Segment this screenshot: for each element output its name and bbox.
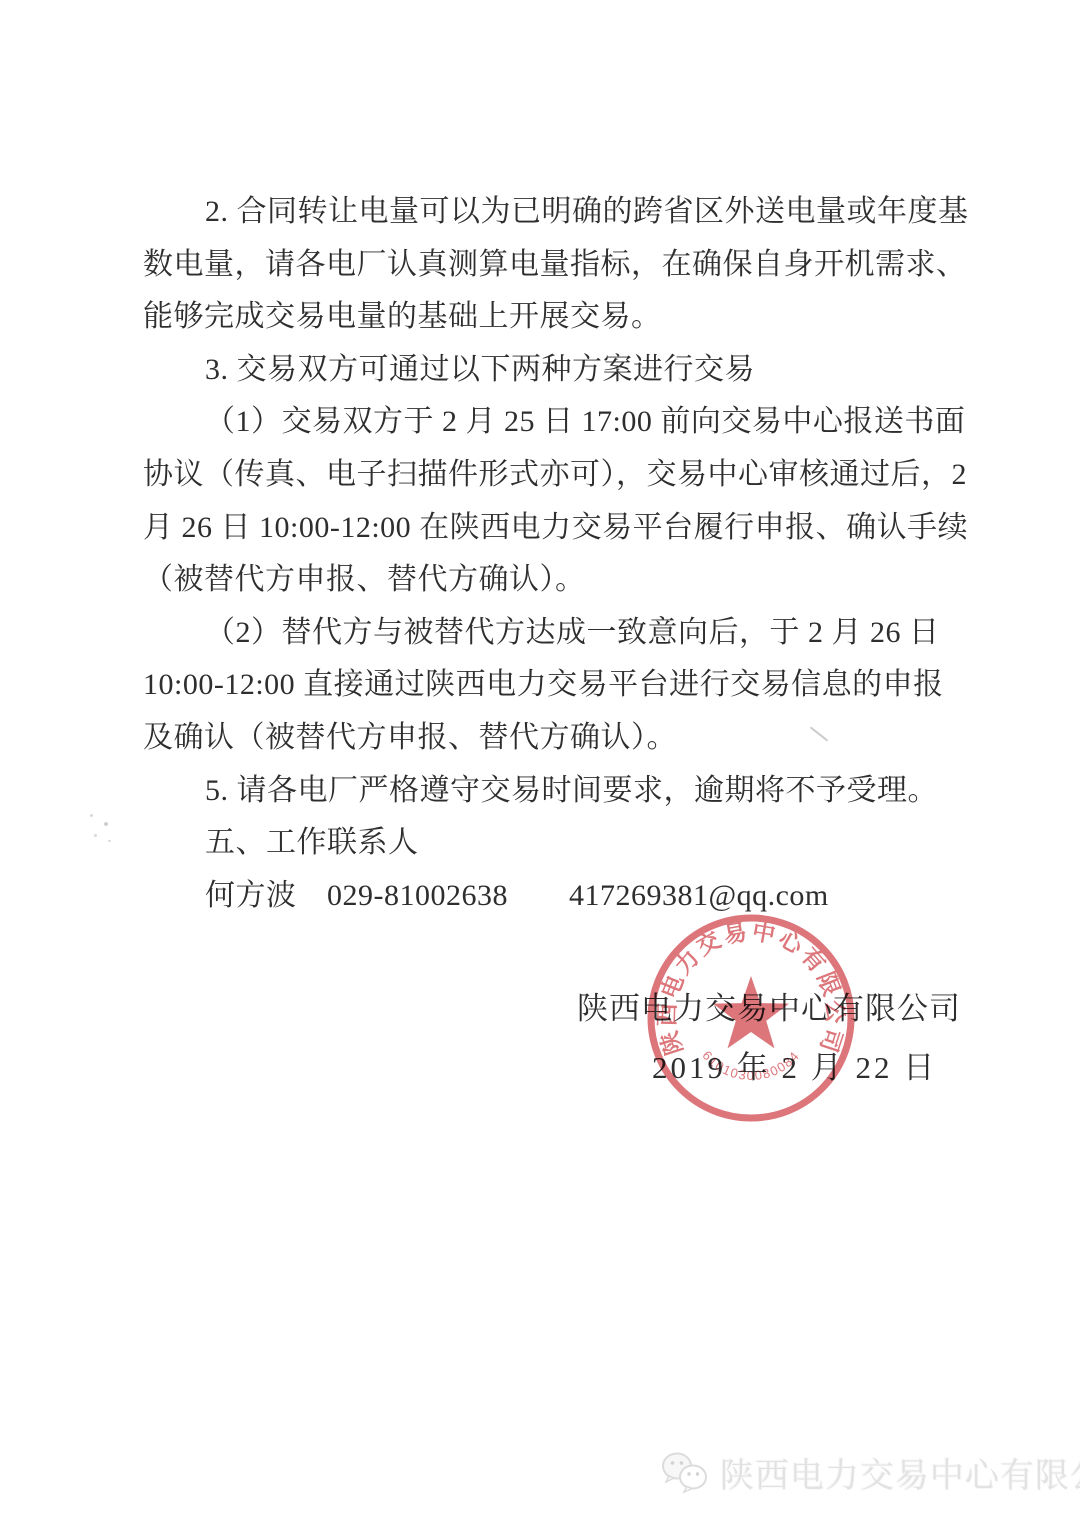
text-line: 协议（传真、电子扫描件形式亦可），交易中心审核通过后，2 [143, 449, 973, 502]
footer-watermark: 陕西电力交易中心有限公司 [660, 1448, 1080, 1497]
text-line: （2）替代方与被替代方达成一致意向后，于 2 月 26 日 [143, 607, 973, 660]
wechat-icon [660, 1450, 710, 1496]
text-line: 3. 交易双方可通过以下两种方案进行交易 [143, 344, 973, 397]
text-line: （1）交易双方于 2 月 25 日 17:00 前向交易中心报送书面 [143, 396, 973, 449]
text-line: （被替代方申报、替代方确认）。 [143, 554, 973, 607]
text-line: 能够完成交易电量的基础上开展交易。 [143, 291, 973, 344]
watermark-text: 陕西电力交易中心有限公司 [720, 1448, 1080, 1497]
text-line: 及确认（被替代方申报、替代方确认）。 [143, 712, 973, 765]
text-line: 10:00-12:00 直接通过陕西电力交易平台进行交易信息的申报 [143, 659, 973, 712]
text-line: 2. 合同转让电量可以为已明确的跨省区外送电量或年度基 [143, 186, 973, 239]
document-page: 2. 合同转让电量可以为已明确的跨省区外送电量或年度基数电量，请各电厂认真测算电… [0, 0, 1080, 1527]
text-line: 月 26 日 10:00-12:00 在陕西电力交易平台履行申报、确认手续 [143, 502, 973, 555]
text-line: 5. 请各电厂严格遵守交易时间要求，逾期将不予受理。 [143, 765, 973, 818]
text-line: 五、工作联系人 [143, 817, 973, 870]
scan-artifact-speckle [86, 812, 120, 850]
document-body: 2. 合同转让电量可以为已明确的跨省区外送电量或年度基数电量，请各电厂认真测算电… [143, 186, 973, 922]
seal-star [713, 976, 789, 1048]
official-seal: 陕西电力交易中心有限公司 6101030080084 [645, 912, 857, 1124]
text-line: 数电量，请各电厂认真测算电量指标，在确保自身开机需求、 [143, 239, 973, 292]
seal-number: 6101030080084 [699, 1048, 802, 1083]
